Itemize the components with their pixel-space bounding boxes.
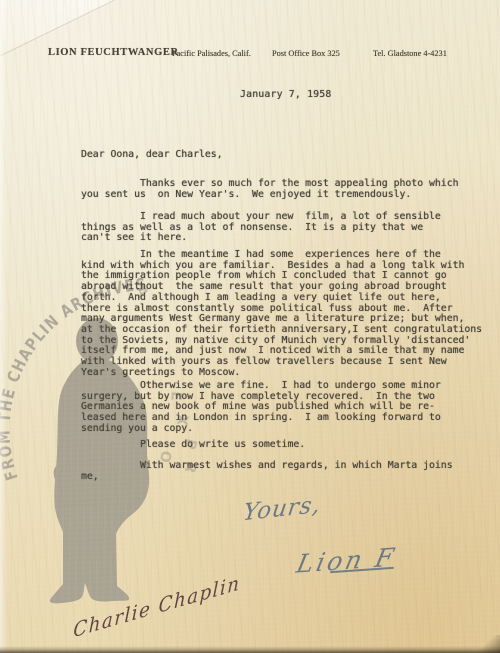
paragraph: With warmest wishes and regards, in whic… (81, 461, 453, 482)
paper-corner-shadow (474, 635, 500, 653)
handwritten-signature: Lion F (294, 542, 399, 578)
letterhead-po-box: Post Office Box 325 (272, 49, 340, 58)
letterhead-address: Pacific Palisades, Calif. (172, 49, 251, 58)
paragraph: I read much about your new film, a lot o… (81, 212, 441, 244)
paper-bottom-shadow (0, 646, 500, 653)
paragraph: In the meantime I had some experiences h… (81, 250, 482, 378)
paragraph: Otherwise we are fine. I had to undergo … (81, 381, 441, 435)
letterhead-name: LION FEUCHTWANGER (48, 47, 179, 58)
letter-date: January 7, 1958 (240, 90, 331, 101)
salutation: Dear Oona, dear Charles, (81, 150, 223, 161)
letter-scan: FROM THE CHAPLIN ARCHIVES A E X P O R LI… (0, 0, 500, 653)
paper-left-highlight (0, 0, 7, 653)
handwritten-annotation-charlie-chaplin: Charlie Chaplin (73, 571, 241, 642)
paragraph: Please do write us sometime. (81, 440, 305, 451)
handwritten-closing: Yours, (241, 492, 322, 527)
letterhead-phone: Tel. Gladstone 4-4231 (373, 49, 447, 58)
paragraph: Thanks ever so much for the most appeali… (81, 179, 459, 200)
